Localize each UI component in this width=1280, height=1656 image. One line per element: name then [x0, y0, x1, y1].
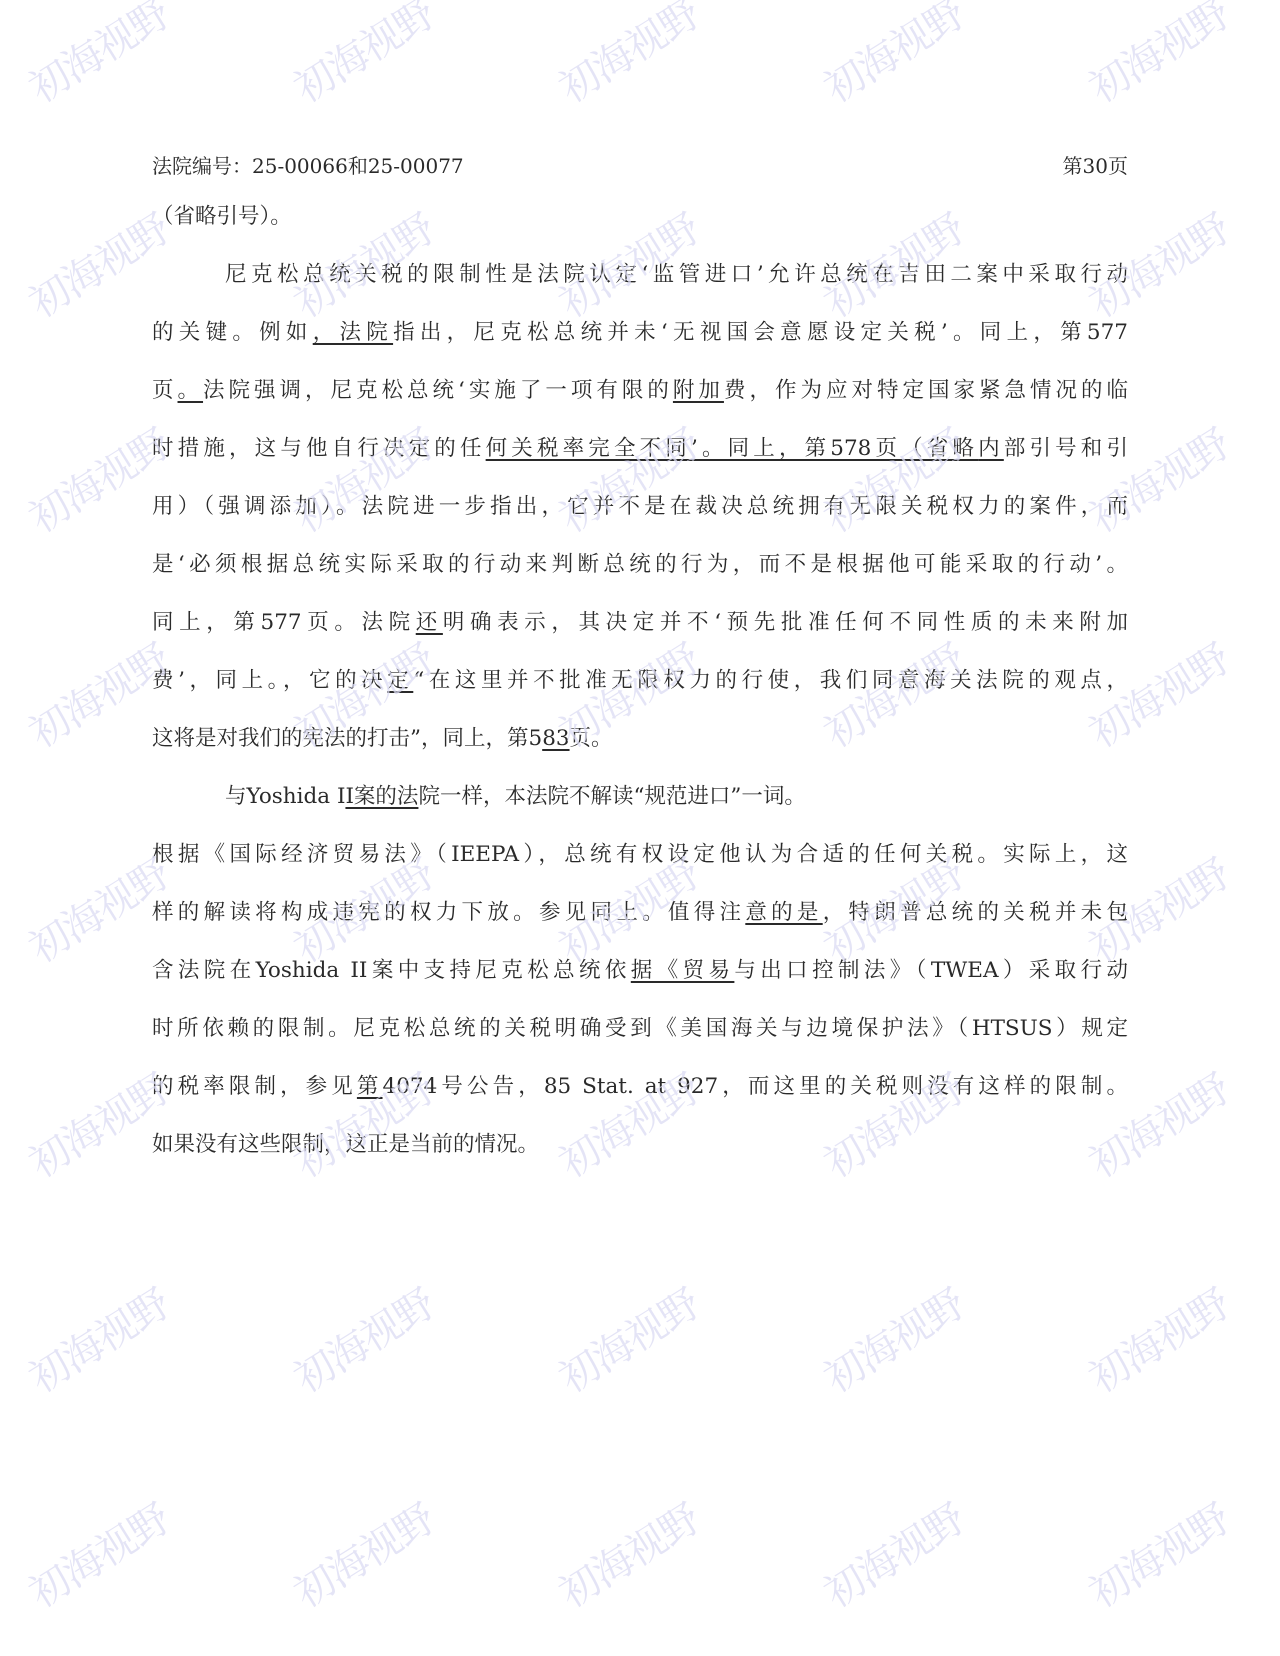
underlined-text: I案的法	[345, 784, 418, 809]
text-line: 的税率限制，参见第4074号公告，85 Stat. at 927，而这里的关税则…	[152, 1070, 1128, 1104]
underlined-text: 第	[357, 1074, 383, 1099]
text-segment: （省略引号）。	[152, 204, 292, 229]
text-segment: 尼克松总统关税的限制性是法院认定‘监管进口’允许总统在吉田二案中采取行动	[225, 262, 1128, 287]
case-number: 法院编号：25-00066和25-00077	[152, 150, 464, 179]
text-line: 如果没有这些限制，这正是当前的情况。	[152, 1128, 1128, 1162]
text-segment: 与Yoshida I	[225, 784, 345, 809]
text-line: 同上，第577页。法院还明确表示，其决定并不‘预先批准任何不同性质的未来附加	[152, 606, 1128, 640]
text-segment: 部引号和引	[1004, 436, 1128, 461]
text-segment: 的税率限制，参见	[152, 1074, 357, 1099]
underlined-text: 据《贸易	[631, 958, 735, 983]
text-segment: 费，作为应对特定国家紧急情况的临	[724, 378, 1128, 403]
text-line: 的关键。例如，法院指出，尼克松总统并未‘无视国会意愿设定关税’。同上，第577	[152, 316, 1128, 350]
text-segment: 页。	[570, 726, 613, 751]
page-number: 第30页	[1063, 150, 1128, 179]
text-segment: 费’，同上。，它的决	[152, 668, 387, 693]
underlined-text: 附加	[673, 378, 724, 403]
underlined-text: 83	[542, 726, 569, 751]
underlined-text: 何关税率完全不同’。同上，第578页（省略	[486, 436, 979, 461]
text-line: 用）（强调添加）。法院进一步指出，它并不是在裁决总统拥有无限关税权力的案件，而	[152, 490, 1128, 524]
text-segment: 院一样，本法院不解读“规范进口”一词。	[418, 784, 806, 809]
underlined-text: 。	[178, 378, 204, 403]
text-segment: 同上，第577页。法院	[152, 610, 416, 635]
text-segment: 时所依赖的限制。尼克松总统的关税明确受到《美国海关与边境保护法》（HTSUS）规…	[152, 1016, 1128, 1041]
text-segment: “在这里并不批准无限权力的行使，我们同意海关法院的观点，	[413, 668, 1128, 693]
text-line: 费’，同上。，它的决定“在这里并不批准无限权力的行使，我们同意海关法院的观点，	[152, 664, 1128, 698]
document-page: 法院编号：25-00066和25-00077 第30页 （省略引号）。尼克松总统…	[0, 0, 1280, 1656]
text-segment: 页	[152, 378, 178, 403]
text-segment: 这将是对我们的宪法的打击”，同上，第5	[152, 726, 542, 751]
text-segment: ，特朗普总统的关税并未包	[823, 900, 1128, 925]
text-line: 与Yoshida II案的法院一样，本法院不解读“规范进口”一词。	[225, 780, 1128, 814]
text-line: 尼克松总统关税的限制性是法院认定‘监管进口’允许总统在吉田二案中采取行动	[225, 258, 1128, 292]
text-line: 是‘必须根据总统实际采取的行动来判断总统的行为，而不是根据他可能采取的行动’。	[152, 548, 1128, 582]
text-line: 时所依赖的限制。尼克松总统的关税明确受到《美国海关与边境保护法》（HTSUS）规…	[152, 1012, 1128, 1046]
text-segment: 是‘必须根据总统实际采取的行动来判断总统的行为，而不是根据他可能采取的行动’。	[152, 552, 1128, 577]
underlined-text: ，法院	[313, 320, 393, 345]
text-line: 这将是对我们的宪法的打击”，同上，第583页。	[152, 722, 1128, 756]
text-line: 含法院在Yoshida II案中支持尼克松总统依据《贸易与出口控制法》（TWEA…	[152, 954, 1128, 988]
text-segment: 4074号公告，85 Stat. at 927，而这里的关税则没有这样的限制。	[383, 1074, 1128, 1099]
text-segment: 含法院在Yoshida II案中支持尼克松总统依	[152, 958, 631, 983]
text-segment: 与出口控制法》（TWEA）采取行动	[734, 958, 1128, 983]
underlined-text: 定	[387, 668, 413, 693]
text-line: （省略引号）。	[152, 200, 1128, 234]
text-line: 页。法院强调，尼克松总统‘实施了一项有限的附加费，作为应对特定国家紧急情况的临	[152, 374, 1128, 408]
text-segment: 时措施，这与他自行决定的任	[152, 436, 486, 461]
text-line: 时措施，这与他自行决定的任何关税率完全不同’。同上，第578页（省略内部引号和引	[152, 432, 1128, 466]
text-segment: 如果没有这些限制，这正是当前的情况。	[152, 1132, 539, 1157]
text-line: 样的解读将构成违宪的权力下放。参见同上。值得注意的是，特朗普总统的关税并未包	[152, 896, 1128, 930]
text-segment: 根据《国际经济贸易法》（IEEPA），总统有权设定他认为合适的任何关税。实际上，…	[152, 842, 1128, 867]
underlined-text: 内	[978, 436, 1004, 461]
text-segment: 法院强调，尼克松总统‘实施了一项有限的	[203, 378, 673, 403]
underlined-text: 意的是	[745, 900, 822, 925]
text-segment: 指出，尼克松总统并未‘无视国会意愿设定关税’。同上，第577	[393, 320, 1128, 345]
text-line: 根据《国际经济贸易法》（IEEPA），总统有权设定他认为合适的任何关税。实际上，…	[152, 838, 1128, 872]
text-segment: 样的解读将构成违宪的权力下放。参见同上。值得注	[152, 900, 745, 925]
text-segment: 用）（强调添加）。法院进一步指出，它并不是在裁决总统拥有无限关税权力的案件，而	[152, 494, 1128, 519]
page-header: 法院编号：25-00066和25-00077 第30页	[152, 150, 1128, 186]
text-segment: 明确表示，其决定并不‘预先批准任何不同性质的未来附加	[443, 610, 1128, 635]
text-segment: 的关键。例如	[152, 320, 313, 345]
underlined-text: 还	[416, 610, 443, 635]
